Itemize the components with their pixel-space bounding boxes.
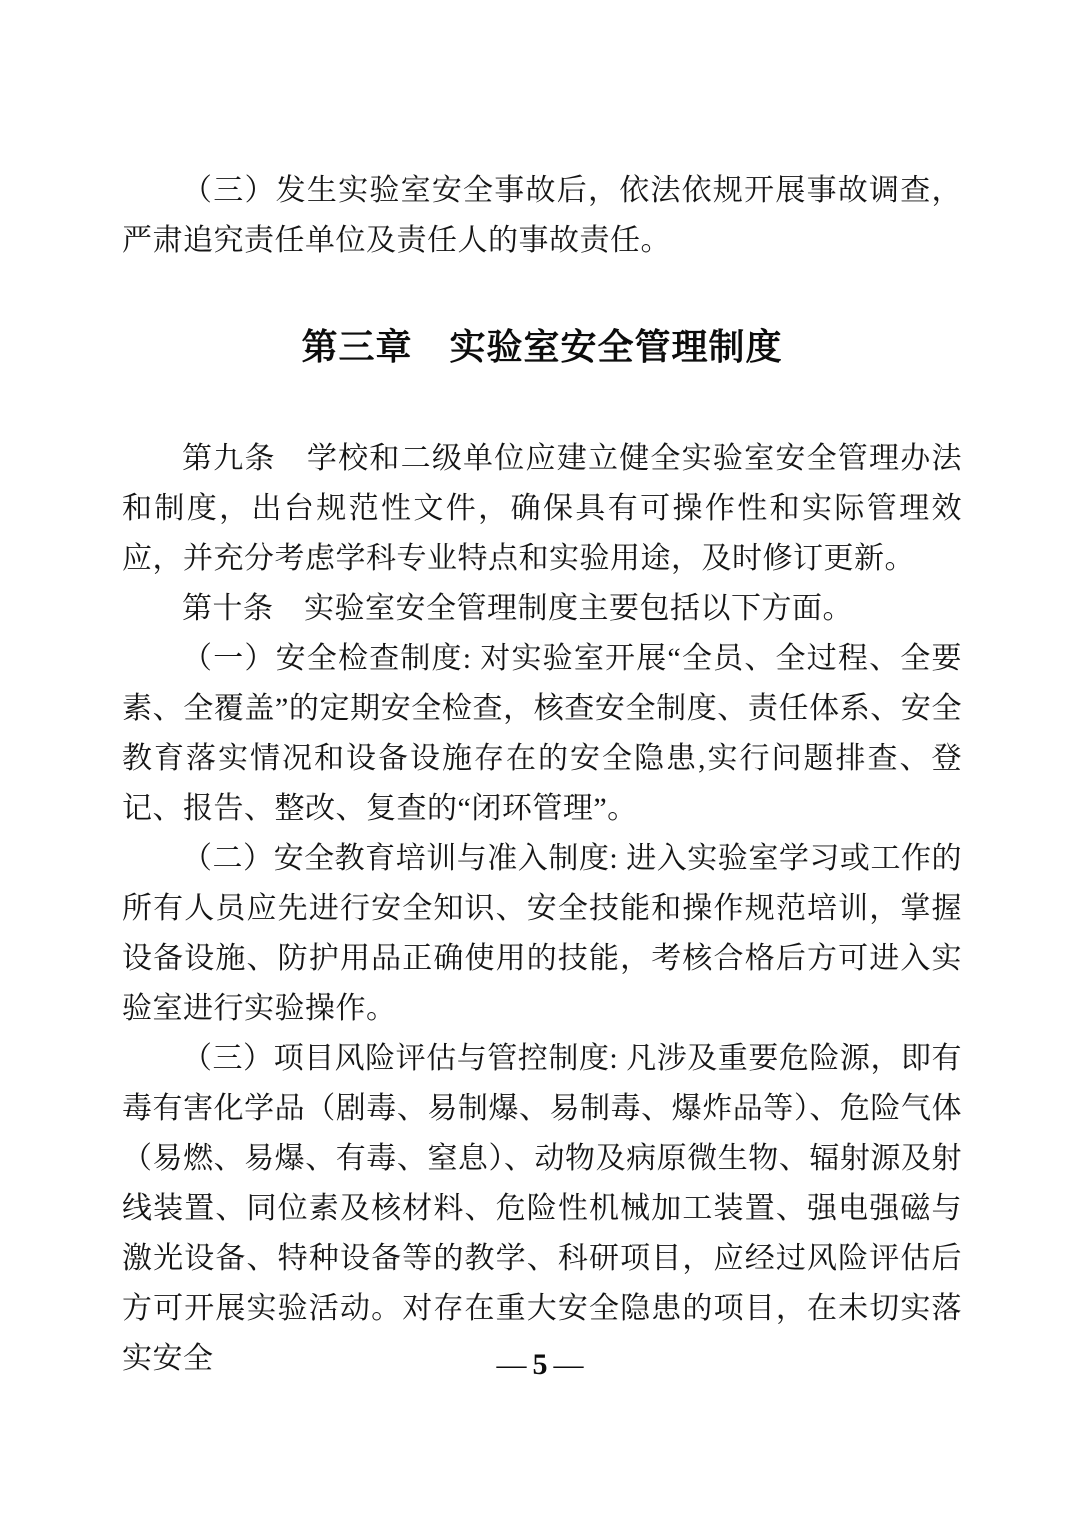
chapter-heading: 第三章 实验室安全管理制度: [122, 324, 962, 370]
item-2-training-access-paragraph: （二）安全教育培训与准入制度: 进入实验室学习或工作的所有人员应先进行安全知识、…: [122, 834, 962, 1034]
item-3-risk-assessment-paragraph: （三）项目风险评估与管控制度: 凡涉及重要危险源，即有毒有害化学品（剧毒、易制爆…: [122, 1034, 962, 1384]
page-number-right-dash: —: [548, 1348, 590, 1381]
document-page: （三）发生实验室安全事故后，依法依规开展事故调查，严肃追究责任单位及责任人的事故…: [0, 0, 1080, 1527]
item-1-safety-inspection-paragraph: （一）安全检查制度: 对实验室开展“全员、全过程、全要素、全覆盖”的定期安全检查…: [122, 634, 962, 834]
page-number: —5—: [0, 1348, 1080, 1382]
clause-three-accident-paragraph: （三）发生实验室安全事故后，依法依规开展事故调查，严肃追究责任单位及责任人的事故…: [122, 166, 962, 266]
article-9-paragraph: 第九条 学校和二级单位应建立健全实验室安全管理办法和制度，出台规范性文件，确保具…: [122, 434, 962, 584]
page-number-value: 5: [533, 1348, 548, 1381]
article-10-paragraph: 第十条 实验室安全管理制度主要包括以下方面。: [122, 584, 962, 634]
page-number-left-dash: —: [491, 1348, 533, 1381]
